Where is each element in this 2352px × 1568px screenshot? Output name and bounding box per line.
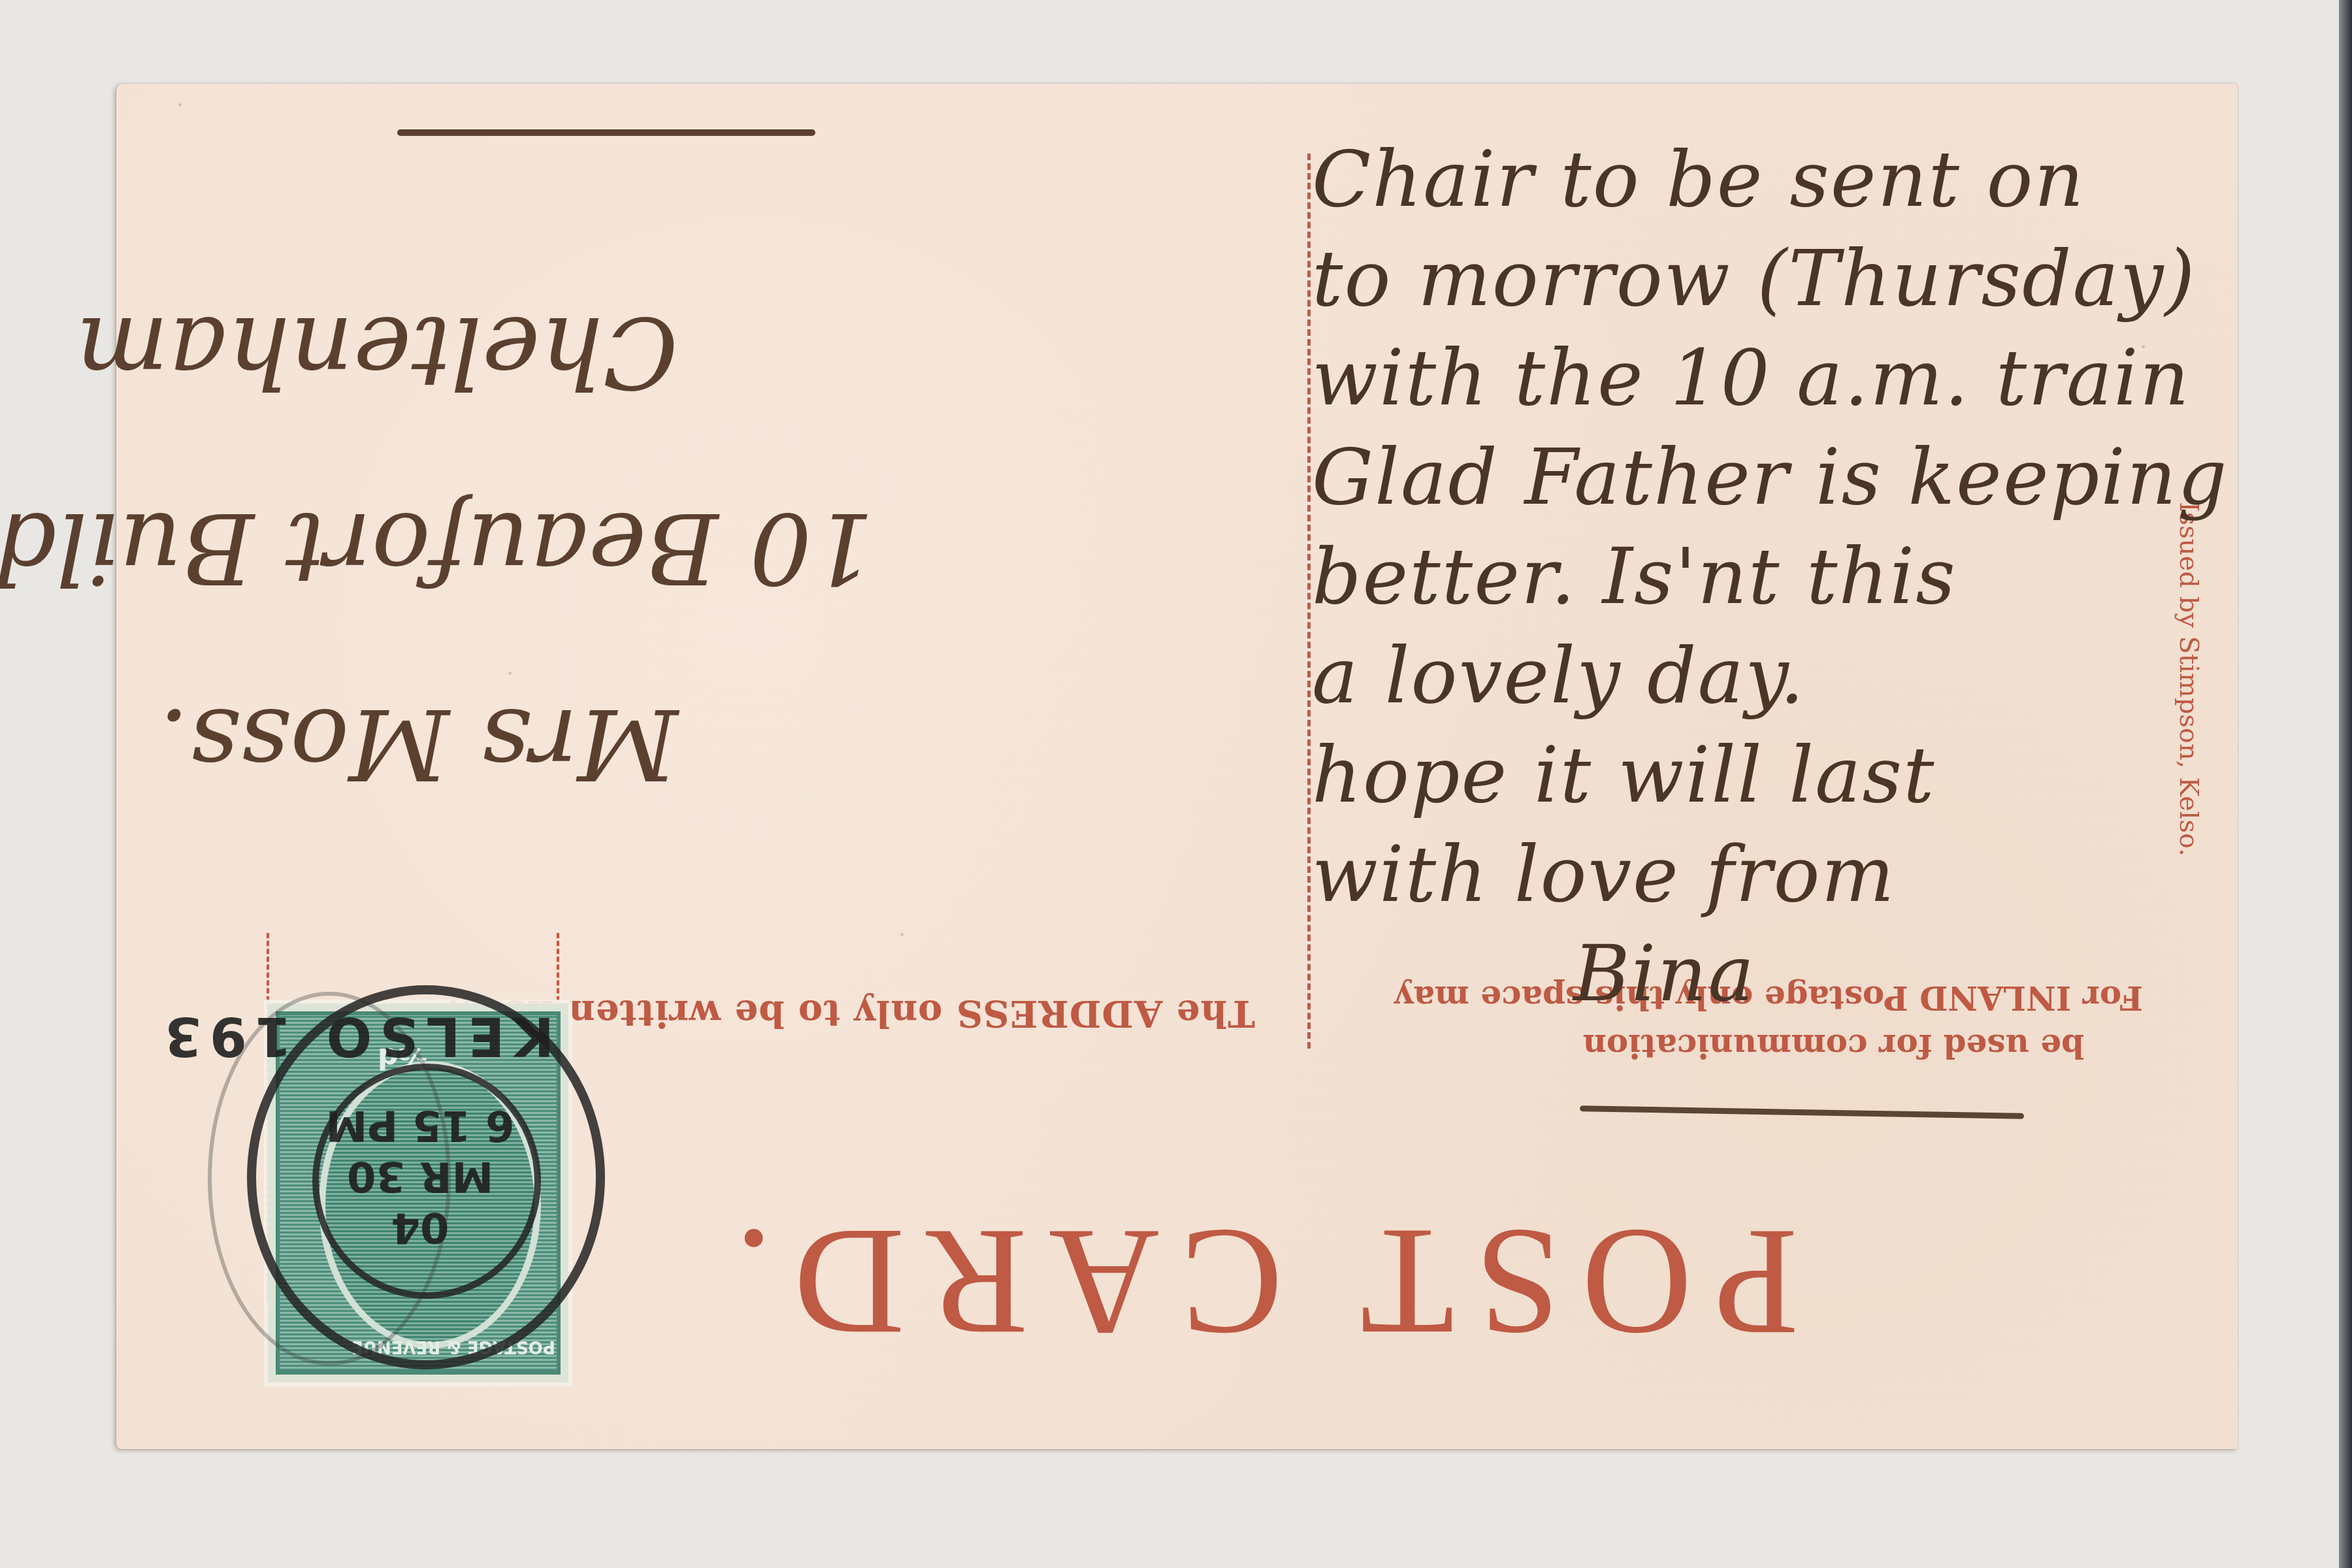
postmark-number: 193: [157, 1005, 292, 1067]
postmark-day: MR 30: [312, 1151, 528, 1201]
handwritten-message: Chair to be sent on to morrow (Thursday)…: [1312, 129, 2240, 1023]
postmark-year: 04: [312, 1201, 528, 1252]
postcard: Mrs Moss. 10 Beaufort Buildings Cheltenh…: [116, 84, 2238, 1449]
address-line: 10 Beaufort Buildings: [90, 449, 1266, 645]
postmark-town-text: KELSO: [318, 1005, 554, 1067]
paper-speck: [178, 103, 182, 106]
message-line: Glad Father is keeping: [1312, 427, 2240, 527]
message-line: a lovely day.: [1312, 626, 2240, 725]
scanner-edge: [2339, 0, 2352, 1568]
message-line: Chair to be sent on: [1312, 129, 2240, 229]
paper-speck: [900, 933, 904, 936]
handwritten-address: Mrs Moss. 10 Beaufort Buildings Cheltenh…: [90, 123, 1266, 841]
message-line: better. Is'nt this: [1312, 527, 2240, 626]
address-line: Mrs Moss.: [90, 645, 1266, 841]
postmark-date: 04 MR 30 6 15 PM: [312, 1100, 528, 1252]
message-line: with love from: [1312, 825, 2240, 924]
message-line: hope it will last: [1312, 725, 2240, 825]
message-line: to morrow (Thursday): [1312, 229, 2240, 328]
post-card-heading: POST CARD.: [819, 1207, 1799, 1358]
address-line: Cheltenham: [90, 253, 1266, 449]
address-instruction: The ADDRESS only to be written here.: [536, 992, 1255, 1035]
message-signature: Bina: [1312, 924, 2240, 1023]
inland-note-line2: be used for communication: [1411, 1022, 2143, 1070]
signature-underline: [1580, 1105, 2024, 1119]
postmark-town: KELSO 193: [280, 1005, 554, 1067]
postmark-time: 6 15 PM: [312, 1100, 528, 1151]
message-line: with the 10 a.m. train: [1312, 328, 2240, 427]
center-divider: [1307, 154, 1311, 1049]
